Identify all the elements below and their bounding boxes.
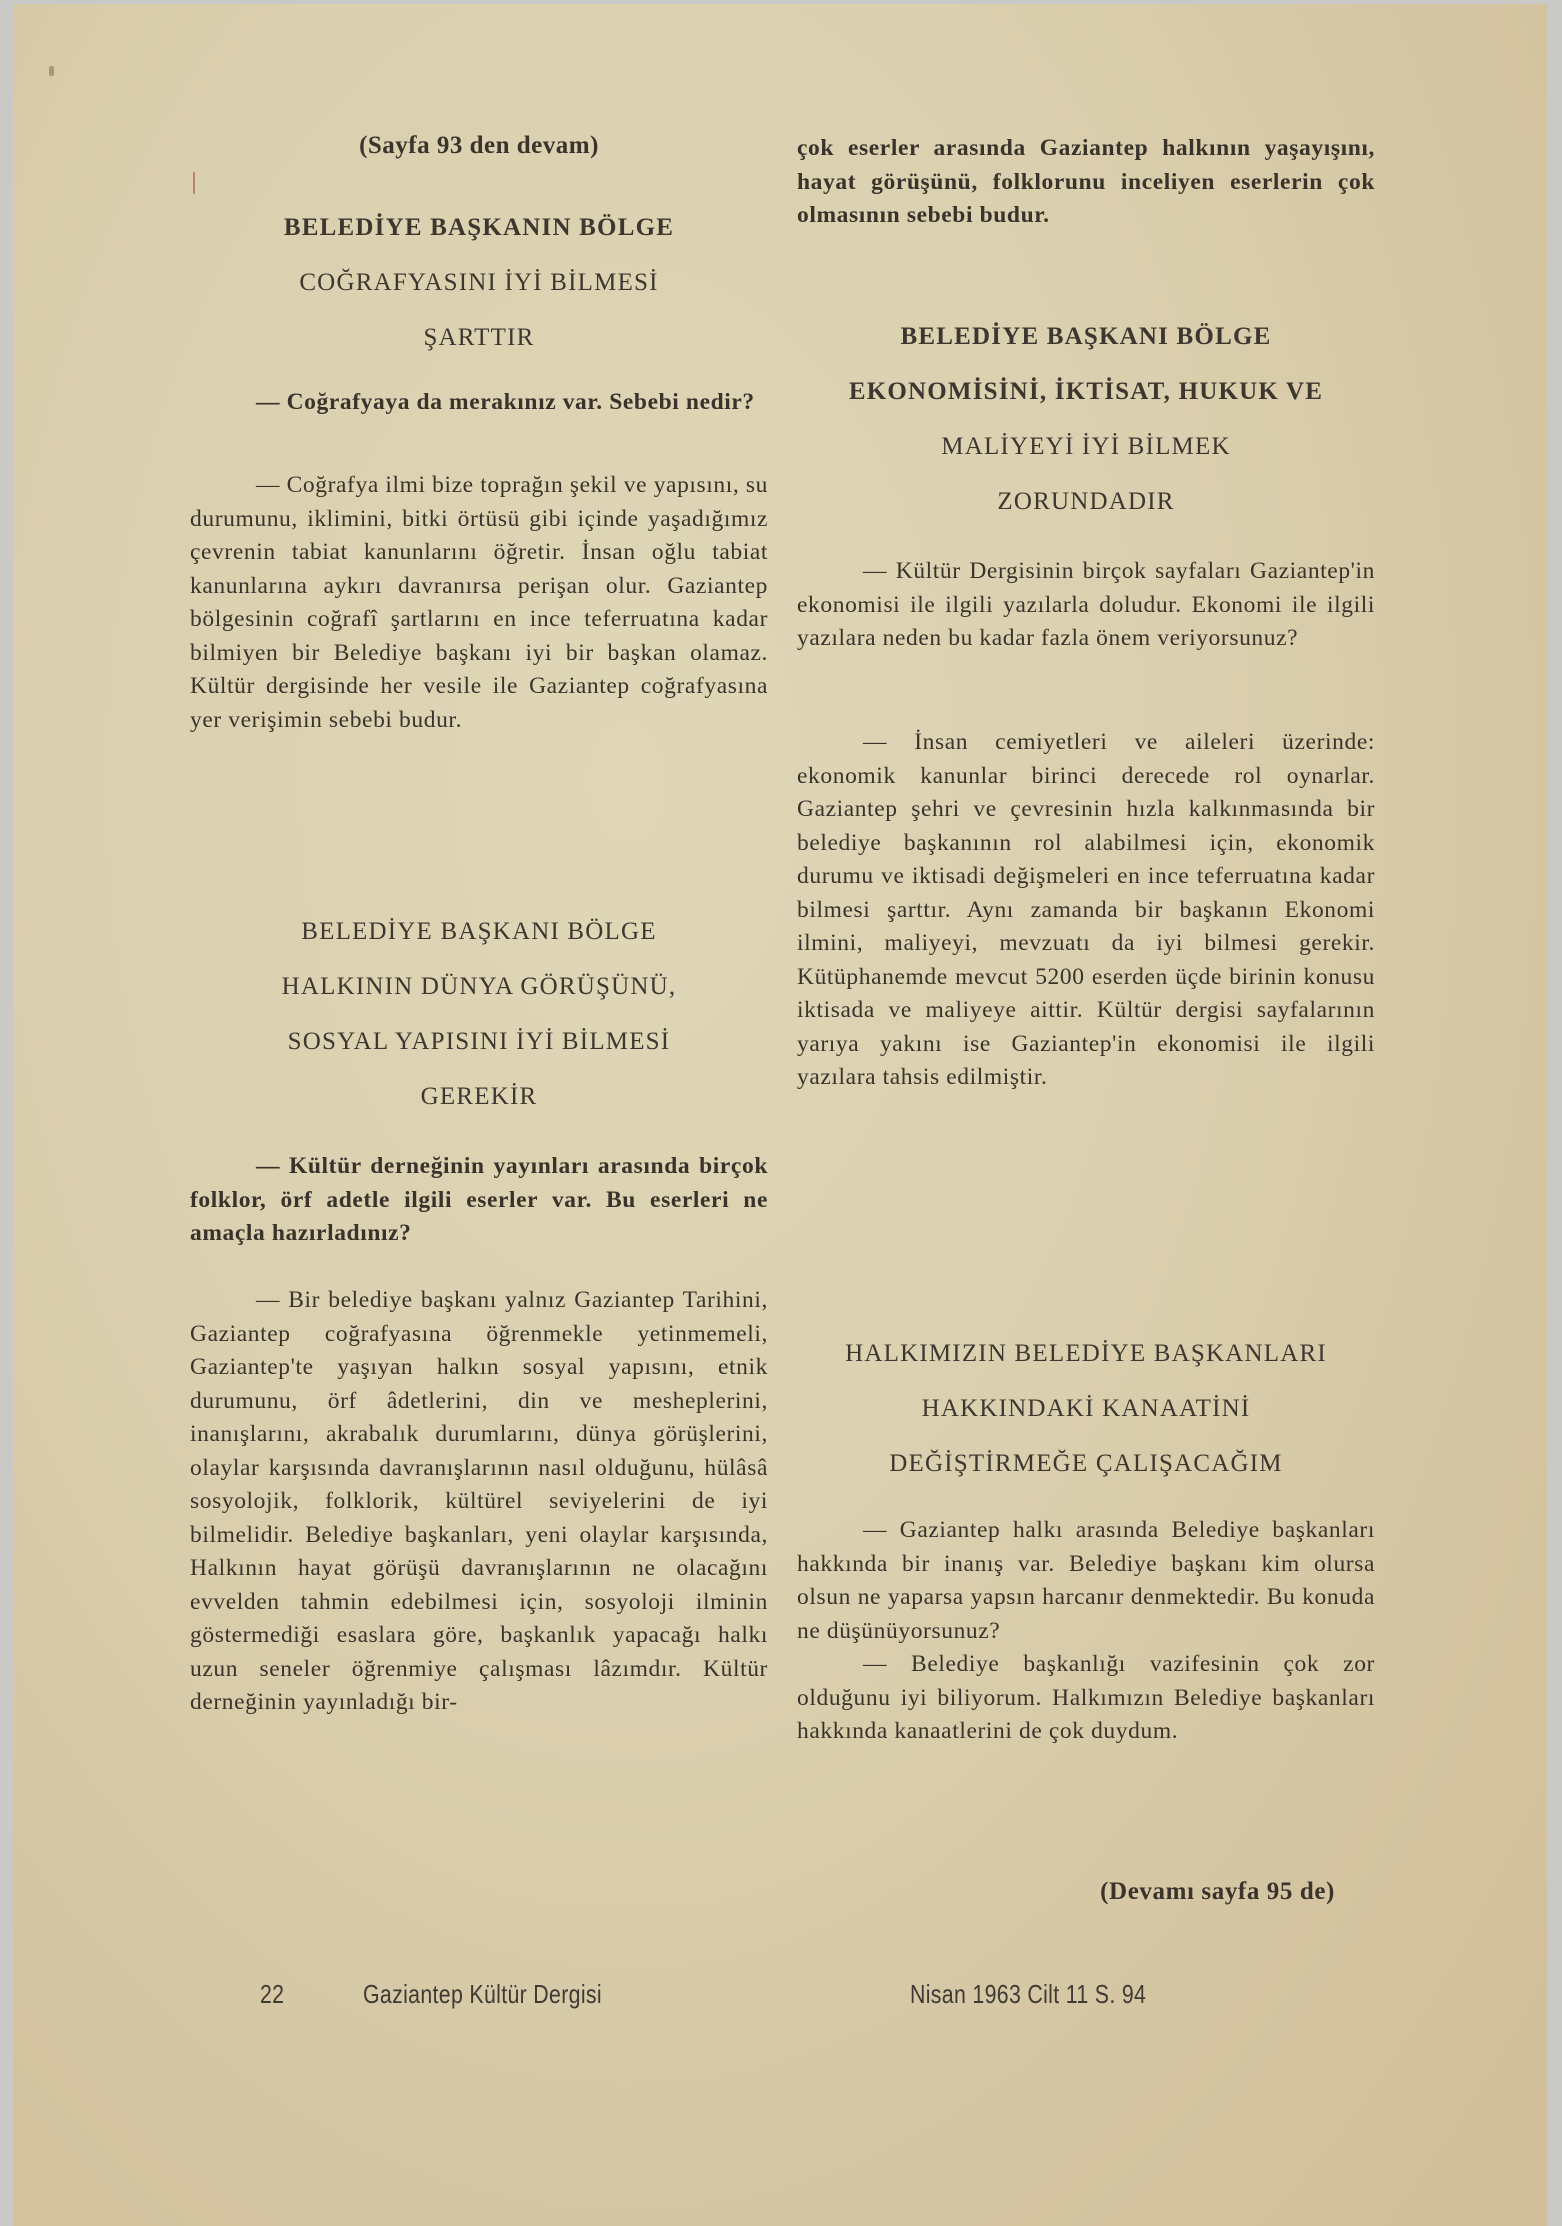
paragraph-question: — Kültür Dergisinin birçok sayfaları Gaz… bbox=[797, 555, 1375, 656]
heading-line: SOSYAL YAPISINI İYİ BİLMESİ bbox=[190, 1014, 768, 1069]
paper-speck bbox=[49, 66, 54, 76]
issue-info: Nisan 1963 Cilt 11 S. 94 bbox=[910, 1979, 1146, 2010]
continued-to-note: (Devamı sayfa 95 de) bbox=[797, 1878, 1375, 1906]
heading-line: BELEDİYE BAŞKANI BÖLGE bbox=[797, 309, 1375, 364]
paragraph-question: — Coğrafyaya da merakınız var. Sebebi ne… bbox=[190, 386, 768, 420]
heading-line: BELEDİYE BAŞKANI BÖLGE bbox=[190, 904, 768, 959]
heading-line: HALKININ DÜNYA GÖRÜŞÜNÜ, bbox=[190, 959, 768, 1014]
heading-line: GEREKİR bbox=[190, 1069, 768, 1124]
heading-line: HAKKINDAKİ KANAATİNİ bbox=[797, 1381, 1375, 1436]
section-heading-economy: BELEDİYE BAŞKANI BÖLGE EKONOMİSİNİ, İKTİ… bbox=[797, 309, 1375, 529]
paragraph-answer: — Belediye başkanlığı vazifesinin çok zo… bbox=[797, 1648, 1375, 1749]
continued-from-note: (Sayfa 93 den devam) bbox=[190, 132, 768, 160]
paragraph-answer: — Coğrafya ilmi bize toprağın şekil ve y… bbox=[190, 469, 768, 737]
heading-line: BELEDİYE BAŞKANIN BÖLGE bbox=[190, 200, 768, 255]
heading-line: ŞARTTIR bbox=[190, 310, 768, 365]
heading-line: COĞRAFYASINI İYİ BİLMESİ bbox=[190, 255, 768, 310]
section-heading-opinion: HALKIMIZIN BELEDİYE BAŞKANLARI HAKKINDAK… bbox=[797, 1326, 1375, 1491]
heading-line: MALİYEYİ İYİ BİLMEK bbox=[797, 419, 1375, 474]
paragraph-continuation: çok eserler arasında Gaziantep halkının … bbox=[797, 132, 1375, 233]
magazine-page: (Sayfa 93 den devam) BELEDİYE BAŞKANIN B… bbox=[13, 4, 1547, 2226]
section-heading-social: BELEDİYE BAŞKANI BÖLGE HALKININ DÜNYA GÖ… bbox=[190, 904, 768, 1124]
page-number: 22 bbox=[260, 1979, 284, 2010]
publication-name: Gaziantep Kültür Dergisi bbox=[363, 1979, 602, 2010]
paper-speck bbox=[193, 172, 195, 194]
heading-line: HALKIMIZIN BELEDİYE BAŞKANLARI bbox=[797, 1326, 1375, 1381]
heading-line: EKONOMİSİNİ, İKTİSAT, HUKUK VE bbox=[797, 364, 1375, 419]
paragraph-question: — Gaziantep halkı arasında Belediye başk… bbox=[797, 1514, 1375, 1648]
paragraph-answer: — İnsan cemiyetleri ve aileleri üzerinde… bbox=[797, 726, 1375, 1095]
heading-line: DEĞİŞTİRMEĞE ÇALIŞACAĞIM bbox=[797, 1436, 1375, 1491]
section-heading-geography: BELEDİYE BAŞKANIN BÖLGE COĞRAFYASINI İYİ… bbox=[190, 200, 768, 365]
paragraph-answer: — Bir belediye başkanı yalnız Gaziantep … bbox=[190, 1284, 768, 1720]
heading-line: ZORUNDADIR bbox=[797, 474, 1375, 529]
paragraph-question: — Kültür derneğinin yayınları arasında b… bbox=[190, 1150, 768, 1251]
